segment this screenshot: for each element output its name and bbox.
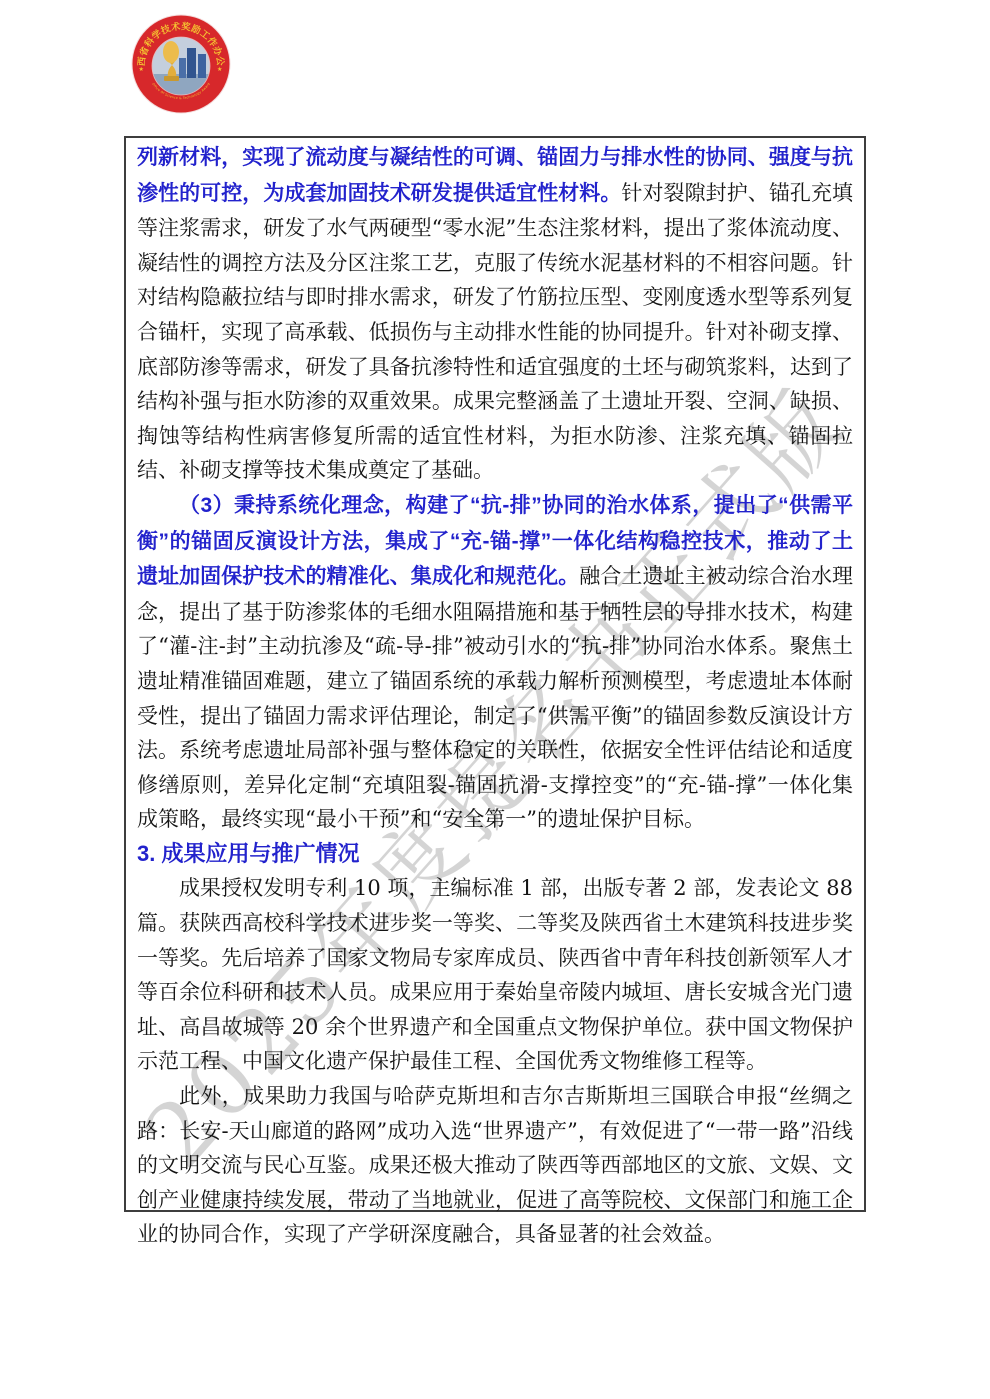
paragraph: （3）秉持系统化理念，构建了“抗-排”协同的治水体系，提出了“供需平衡”的锚固反… (137, 488, 853, 837)
seal-star-right-icon: ★ (217, 66, 222, 73)
org-seal-logo: 陕西省科学技术奖励工作办公室 Office Of Science & Techn… (131, 14, 231, 114)
section-heading: 3. 成果应用与推广情况 (137, 837, 853, 872)
paragraph: 此外，成果助力我国与哈萨克斯坦和吉尔吉斯斯坦三国联合申报“丝绸之路：长安-天山廊… (137, 1079, 853, 1252)
text-segment-normal: 融合土遗址主被动综合治水理念，提出了基于防渗浆体的毛细水阻隔措施和基于牺牲层的导… (137, 564, 853, 831)
paragraph: 列新材料，实现了流动度与凝结性的可调、锚固力与排水性的协同、强度与抗渗性的可控，… (137, 140, 853, 488)
paragraph: 成果授权发明专利 10 项，主编标准 1 部，出版专著 2 部，发表论文 88 … (137, 871, 853, 1079)
content-cell: 列新材料，实现了流动度与凝结性的可调、锚固力与排水性的协同、强度与抗渗性的可控，… (124, 136, 866, 1212)
seal-trophy (163, 41, 179, 63)
document-page: 2025年度提名书正式版 陕西省科学技术奖励工作办公室 Office Of Sc… (0, 0, 990, 1399)
text-segment-normal: 此外，成果助力我国与哈萨克斯坦和吉尔吉斯斯坦三国联合申报“丝绸之路：长安-天山廊… (137, 1084, 853, 1246)
text-segment-normal: 成果授权发明专利 10 项，主编标准 1 部，出版专著 2 部，发表论文 88 … (137, 876, 853, 1073)
text-segment-heading: 3. 成果应用与推广情况 (137, 841, 359, 866)
document-body: 列新材料，实现了流动度与凝结性的可调、锚固力与排水性的协同、强度与抗渗性的可控，… (126, 138, 864, 1252)
text-segment-normal: 针对裂隙封护、锚孔充填等注浆需求，研发了水气两硬型“零水泥”生态注浆材料，提出了… (137, 181, 853, 483)
seal-star-left-icon: ★ (139, 66, 144, 73)
